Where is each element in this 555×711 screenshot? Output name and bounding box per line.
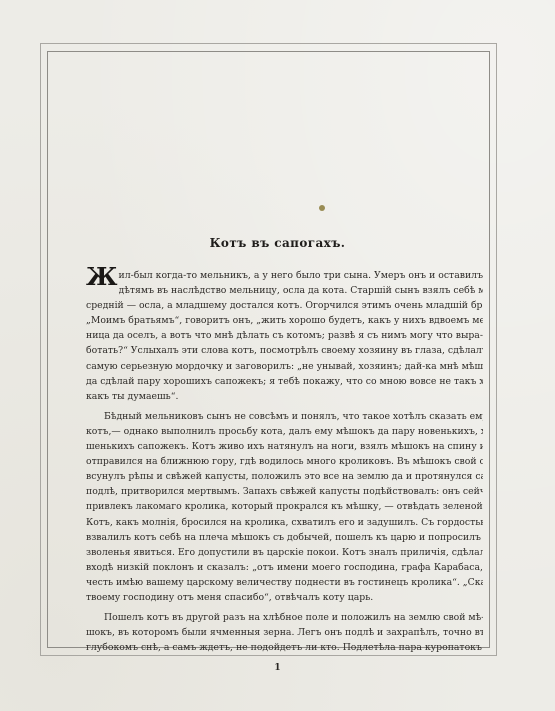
drop-cap: Ж	[86, 266, 118, 288]
text-line: взвалилъ котъ себѣ на плеча мѣшокъ съ до…	[86, 530, 483, 545]
text-line: зволенья явиться. Его допустили въ царск…	[86, 545, 483, 560]
text-line: Пошелъ котъ въ другой разъ на хлѣбное по…	[86, 610, 483, 625]
text-line: самую серьезную мордочку и заговорилъ: „…	[86, 359, 483, 374]
story-title: Котъ въ сапогахъ.	[0, 236, 555, 250]
text-line: Жил-был когда-то мельникъ, а у него было…	[86, 268, 483, 283]
paragraph-3: Пошелъ котъ въ другой разъ на хлѣбное по…	[86, 610, 483, 655]
text-line: ботать?“ Услыхалъ эти слова котъ, посмот…	[86, 343, 483, 358]
text-line: да сдѣлай пару хорошихъ сапожекъ; я тебѣ…	[86, 374, 483, 389]
text-line: Бѣдный мельниковъ сынъ не совсѣмъ и поня…	[86, 409, 483, 424]
text-line: твоему господину отъ меня спасибо“, отвѣ…	[86, 590, 483, 605]
text-line: отправился на ближнюю гору, гдѣ водилось…	[86, 454, 483, 469]
text-line: дѣтямъ въ наслѣдство мельницу, осла да к…	[119, 283, 484, 298]
text-line: шенькихъ сапожекъ. Котъ живо ихъ натянул…	[86, 439, 483, 454]
text-line: шокъ, въ которомъ были ячменныя зерна. Л…	[86, 625, 483, 640]
text-line: честь имѣю вашему царскому величеству по…	[86, 575, 483, 590]
text-line: подлѣ, притворился мертвымъ. Запахъ свѣж…	[86, 484, 483, 499]
story-text: Жил-был когда-то мельникъ, а у него было…	[86, 268, 483, 655]
page-number: 1	[0, 663, 555, 673]
text-line: ница да оселъ, а вотъ что мнѣ дѣлать съ …	[86, 328, 483, 343]
text-line: средній — осла, а младшему достался котъ…	[86, 298, 483, 313]
text-line: „Моимъ братьямъ“, говоритъ онъ, „жить хо…	[86, 313, 483, 328]
text-line: какъ ты думаешь“.	[86, 389, 483, 404]
paper-stain	[319, 205, 325, 211]
text-line: всунулъ рѣпы и свѣжей капусты, положилъ …	[86, 469, 483, 484]
paragraph-2: Бѣдный мельниковъ сынъ не совсѣмъ и поня…	[86, 409, 483, 605]
text-line: глубокомъ снѣ, а самъ ждетъ, не подойдет…	[86, 640, 483, 655]
text-line: котъ,— однако выполнилъ просьбу кота, да…	[86, 424, 483, 439]
paragraph-1: Жил-был когда-то мельникъ, а у него было…	[86, 268, 483, 404]
text-line: входѣ низкій поклонъ и сказалъ: „отъ име…	[86, 560, 483, 575]
text-line: Котъ, какъ молнія, бросился на кролика, …	[86, 515, 483, 530]
text-line: привлекъ лакомаго кролика, который прокр…	[86, 499, 483, 514]
